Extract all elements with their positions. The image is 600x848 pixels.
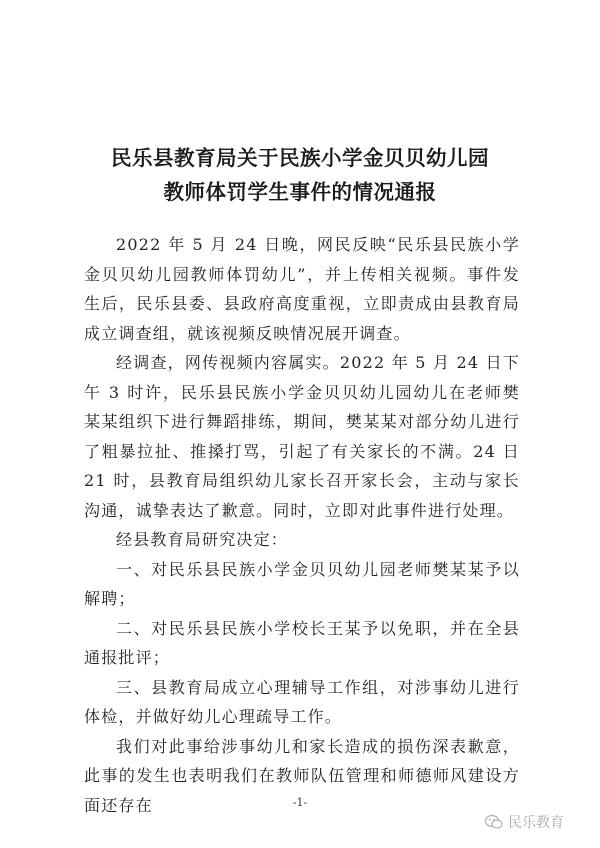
watermark: 民乐教育 [484, 812, 564, 832]
wechat-icon [484, 814, 504, 830]
paragraph-decision-3: 三、县教育局成立心理辅导工作组，对涉事幼儿进行体检，并做好幼儿心理疏导工作。 [84, 673, 520, 732]
document-title-line1: 民乐县教育局关于民族小学金贝贝幼儿园 [0, 141, 600, 171]
watermark-label: 民乐教育 [508, 812, 564, 832]
paragraph-investigation: 经调查，网传视频内容属实。2022 年 5 月 24 日下午 3 时许，民乐县民… [84, 348, 520, 525]
document-title-line2: 教师体罚学生事件的情况通报 [0, 175, 600, 205]
document-body: 2022 年 5 月 24 日晚，网民反映“民乐县民族小学金贝贝幼儿园教师体罚幼… [84, 230, 520, 820]
page-number: -1- [0, 796, 600, 809]
paragraph-decision-1: 一、对民乐县民族小学金贝贝幼儿园老师樊某某予以解聘； [84, 555, 520, 614]
paragraph-decision-2: 二、对民乐县民族小学校长王某予以免职，并在全县通报批评； [84, 614, 520, 673]
paragraph-decision-intro: 经县教育局研究决定： [84, 525, 520, 555]
paragraph-report: 2022 年 5 月 24 日晚，网民反映“民乐县民族小学金贝贝幼儿园教师体罚幼… [84, 230, 520, 348]
document-page: 民乐县教育局关于民族小学金贝贝幼儿园 教师体罚学生事件的情况通报 2022 年 … [0, 0, 600, 848]
